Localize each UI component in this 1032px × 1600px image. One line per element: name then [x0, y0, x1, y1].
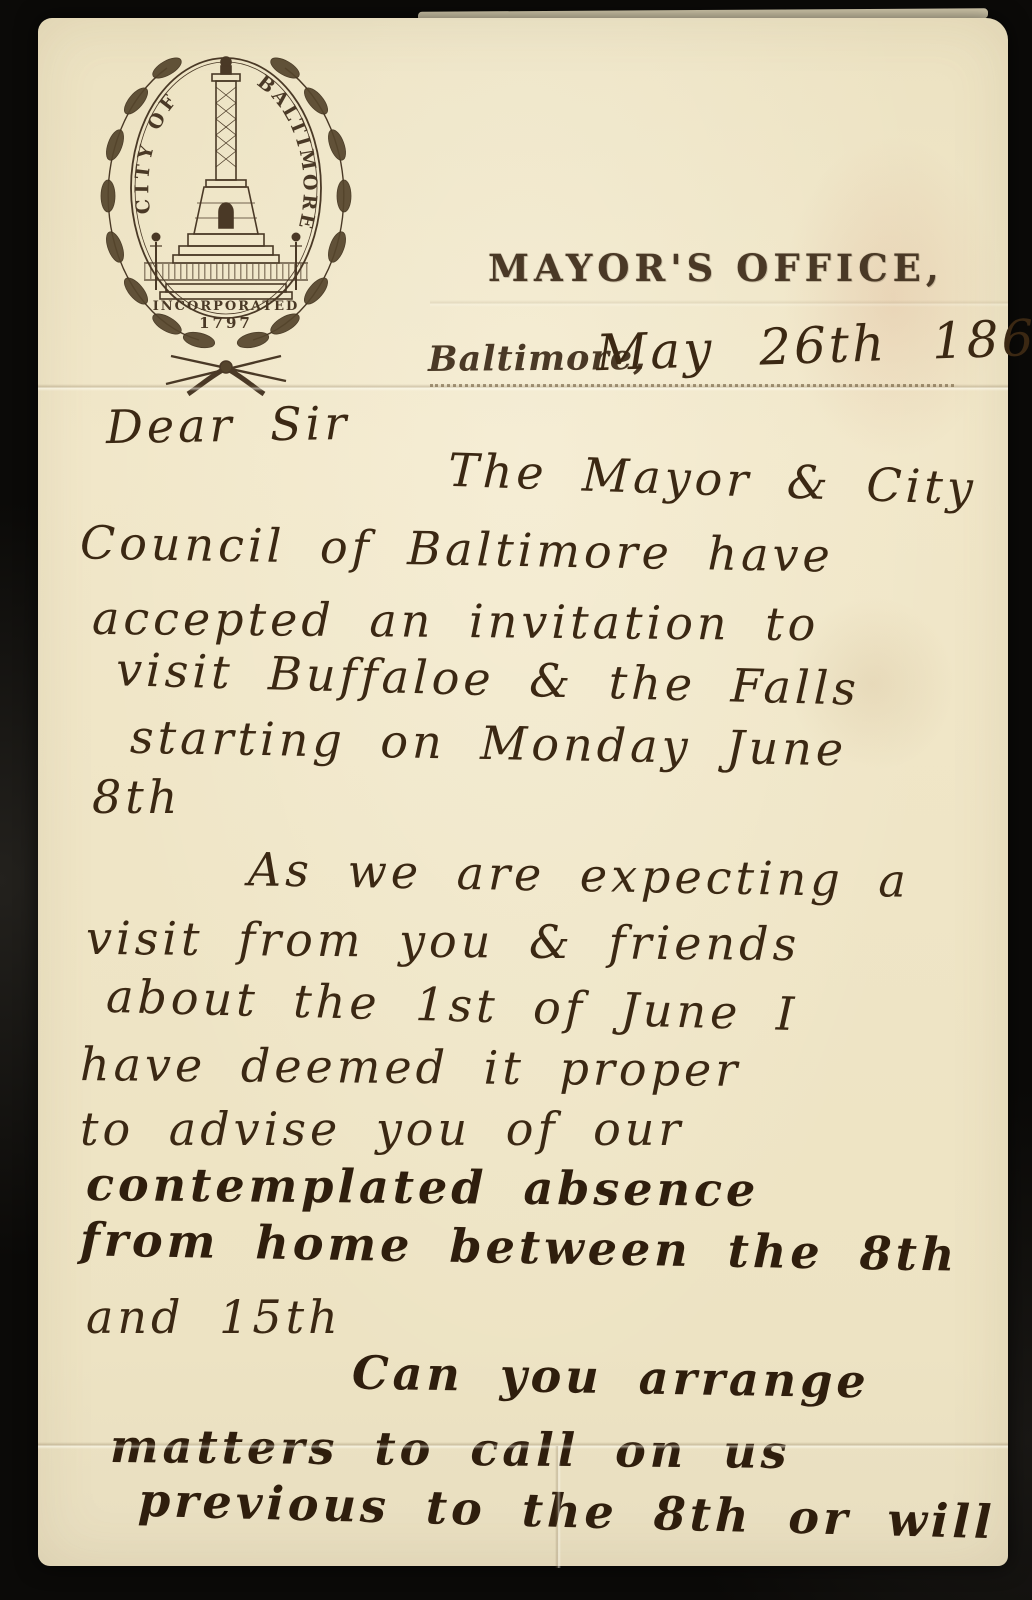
mayors-office-heading: MAYOR'S OFFICE, — [488, 246, 848, 290]
letter-line: visit from you & friends — [86, 911, 801, 971]
letter-line: matters to call on us — [110, 1419, 791, 1479]
letter-line: contemplated absence — [86, 1157, 760, 1217]
letter-line: accepted an invitation to — [92, 591, 820, 651]
wreath-bow-icon — [166, 356, 286, 394]
letter-line: As we are expecting a — [248, 842, 911, 908]
letter-line: have deemed it proper — [80, 1037, 742, 1097]
baltimore-city-seal: CITY OF BALTIMORE. INCORPORATED 1797 — [76, 26, 378, 400]
scanned-letter: CITY OF BALTIMORE. INCORPORATED 1797 MAY… — [0, 0, 1032, 1600]
salutation-line: Dear Sir — [106, 396, 351, 454]
letter-line: and 15th — [86, 1290, 342, 1344]
letter-line: to advise you of our — [80, 1102, 684, 1156]
letter-line: Can you arrange — [352, 1345, 871, 1408]
seal-incorporated-text: INCORPORATED — [153, 299, 300, 314]
letter-line: 8th — [92, 770, 181, 824]
seal-year-text: 1797 — [199, 314, 253, 332]
